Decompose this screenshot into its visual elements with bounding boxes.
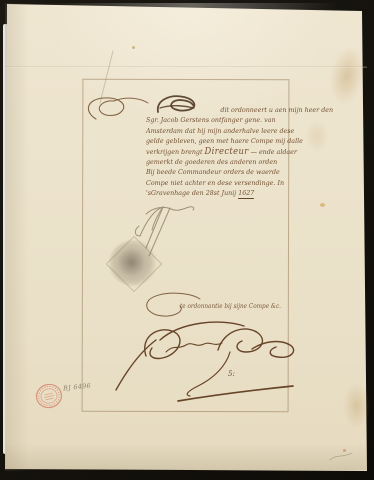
handwritten-line: Amsterdam dat hij mijn anderhalve leere … [146, 126, 282, 136]
handwritten-text-block: dit ordonneert u aen mijn heer den Sgr. … [146, 105, 292, 199]
signature-tail [178, 386, 293, 401]
signature-stroke [187, 352, 230, 396]
line-text: — ende aldaer [249, 148, 297, 156]
signature-paraph: 5: [228, 370, 235, 378]
handwritten-line: gelde gebleven, geen met haere Compe mij… [146, 136, 282, 146]
collection-stamp [34, 381, 64, 411]
date-text: 'sGravenhage den 28st Junij [146, 189, 238, 197]
paper-shadow-left [5, 3, 29, 471]
signature-stroke [116, 340, 156, 390]
handwritten-line-date: 'sGravenhage den 28st Junij 1627 [146, 188, 282, 198]
emphasized-word: Directeur [205, 147, 249, 157]
handwritten-line: Bij beede Commandeur orders de waerde [146, 167, 282, 177]
pencil-stroke [330, 453, 352, 460]
signature-stroke [252, 342, 294, 358]
line-text: verkrijgen brengt [146, 148, 205, 156]
photo-background: dit ordonneert u aen mijn heer den Sgr. … [0, 0, 374, 480]
stamp-center-marks [44, 393, 55, 400]
handwritten-line: verkrijgen brengt Directeur — ende aldae… [146, 147, 282, 157]
stamp-inner-ring [40, 387, 59, 404]
order-clause-line: te ordonnantie bij sijne Compe &c. [180, 303, 281, 310]
handwritten-line: gemerkt de goederen des anderen orden [146, 157, 282, 167]
stain [343, 382, 370, 430]
foxing-spot [320, 203, 325, 207]
flourish-stroke [88, 98, 123, 119]
signature-stroke [218, 329, 262, 352]
stain [305, 120, 329, 152]
date-year-underlined: 1627 [238, 189, 254, 199]
handwritten-line: dit ordonneert u aen mijn heer den [146, 105, 282, 115]
handwritten-line: Compe niet achter en dese versendinge. I… [146, 178, 282, 188]
paper-shadow-bottom [5, 443, 367, 470]
crease-line [5, 66, 367, 68]
signature-stroke [166, 343, 222, 352]
signature-stroke [135, 226, 140, 236]
handwritten-line: Sgr. Jacob Gerstens ontfanger gene. van [146, 115, 282, 125]
corner-pencil-mark [328, 450, 354, 464]
principal-signature [108, 316, 300, 408]
foxing-spot [132, 46, 135, 49]
